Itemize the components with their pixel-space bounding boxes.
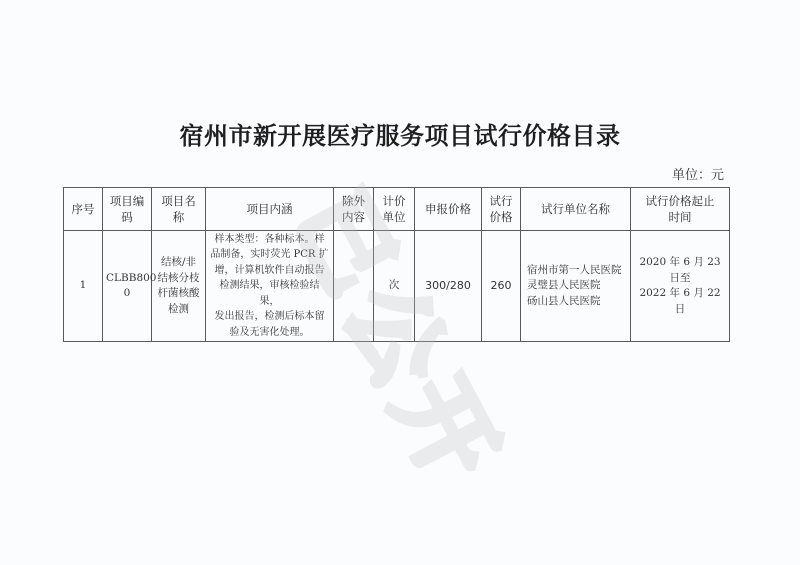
table-row: 1 CLBB800 0 结核/非 结核分枝 杆菌核酸 检测 样本类型：各种标本。… — [64, 231, 730, 342]
cell-content-line3: 增，计算机软件自动报告 — [210, 263, 329, 279]
document-title: 宿州市新开展医疗服务项目试行价格目录 — [0, 116, 800, 151]
header-code-label-line2: 码 — [106, 209, 148, 225]
unit-note: 单位：元 — [672, 164, 724, 183]
cell-name-line4: 检测 — [155, 302, 202, 318]
header-exclusions-label-line2: 内容 — [337, 209, 370, 225]
header-content-label: 项目内涵 — [209, 201, 330, 217]
header-index-label: 序号 — [67, 201, 99, 217]
header-declared-price-label: 申报价格 — [418, 201, 478, 217]
cell-trial-units: 宿州市第一人民医院 灵璧县人民医院 砀山县人民医院 — [521, 231, 631, 342]
header-exclusions-label-line1: 除外 — [337, 193, 370, 209]
header-declared-price: 申报价格 — [415, 188, 482, 231]
cell-code: CLBB800 0 — [103, 231, 152, 342]
cell-code-line2: 0 — [106, 286, 148, 302]
header-trial-price-label-line2: 价格 — [485, 209, 517, 225]
cell-name-line1: 结核/非 — [155, 255, 202, 271]
price-catalog-table: 序号 项目编 码 项目名 称 项目内涵 除外 内容 计价 单位 申报价格 — [63, 187, 730, 342]
cell-trial-period-line2: 2022 年 6 月 22 日 — [634, 286, 726, 317]
cell-trial-period: 2020 年 6 月 23 日至 2022 年 6 月 22 日 — [631, 231, 730, 342]
header-pricing-unit: 计价 单位 — [374, 188, 415, 231]
header-content: 项目内涵 — [206, 188, 334, 231]
header-trial-price-label-line1: 试行 — [485, 193, 517, 209]
header-trial-period-label-line1: 试行价格起止 — [634, 193, 726, 209]
header-name: 项目名 称 — [152, 188, 206, 231]
header-trial-period-label-line2: 时间 — [634, 209, 726, 225]
header-trial-period: 试行价格起止 时间 — [631, 188, 730, 231]
cell-pricing-unit: 次 — [374, 231, 415, 342]
cell-content-line5: 发出报告，检测后标本留 — [210, 309, 329, 325]
cell-trial-price: 260 — [482, 231, 521, 342]
header-name-label-line2: 称 — [155, 209, 202, 225]
cell-code-line1: CLBB800 — [106, 271, 148, 287]
header-trial-price: 试行 价格 — [482, 188, 521, 231]
header-pricing-unit-label-line2: 单位 — [377, 209, 411, 225]
cell-content-line1: 样本类型：各种标本。样 — [210, 232, 329, 248]
cell-name: 结核/非 结核分枝 杆菌核酸 检测 — [152, 231, 206, 342]
cell-index: 1 — [64, 231, 103, 342]
cell-content-line2: 品制备，实时荧光 PCR 扩 — [210, 247, 329, 263]
table-header-row: 序号 项目编 码 项目名 称 项目内涵 除外 内容 计价 单位 申报价格 — [64, 188, 730, 231]
header-trial-units-label: 试行单位名称 — [524, 201, 627, 217]
cell-content-line6: 验及无害化处理。 — [210, 325, 329, 341]
cell-trial-period-line1: 2020 年 6 月 23 日至 — [634, 255, 726, 286]
cell-trial-unit-3: 砀山县人民医院 — [527, 294, 627, 310]
header-exclusions: 除外 内容 — [334, 188, 374, 231]
cell-trial-unit-2: 灵璧县人民医院 — [527, 278, 627, 294]
header-trial-units: 试行单位名称 — [521, 188, 631, 231]
cell-content: 样本类型：各种标本。样 品制备，实时荧光 PCR 扩 增，计算机软件自动报告 检… — [206, 231, 334, 342]
cell-name-line2: 结核分枝 — [155, 271, 202, 287]
header-index: 序号 — [64, 188, 103, 231]
header-pricing-unit-label-line1: 计价 — [377, 193, 411, 209]
cell-name-line3: 杆菌核酸 — [155, 286, 202, 302]
header-name-label-line1: 项目名 — [155, 193, 202, 209]
cell-content-line4: 检测结果，审核检验结果， — [210, 278, 329, 309]
cell-exclusions — [334, 231, 374, 342]
cell-trial-unit-1: 宿州市第一人民医院 — [527, 263, 627, 279]
header-code: 项目编 码 — [103, 188, 152, 231]
header-code-label-line1: 项目编 — [106, 193, 148, 209]
cell-declared-price: 300/280 — [415, 231, 482, 342]
